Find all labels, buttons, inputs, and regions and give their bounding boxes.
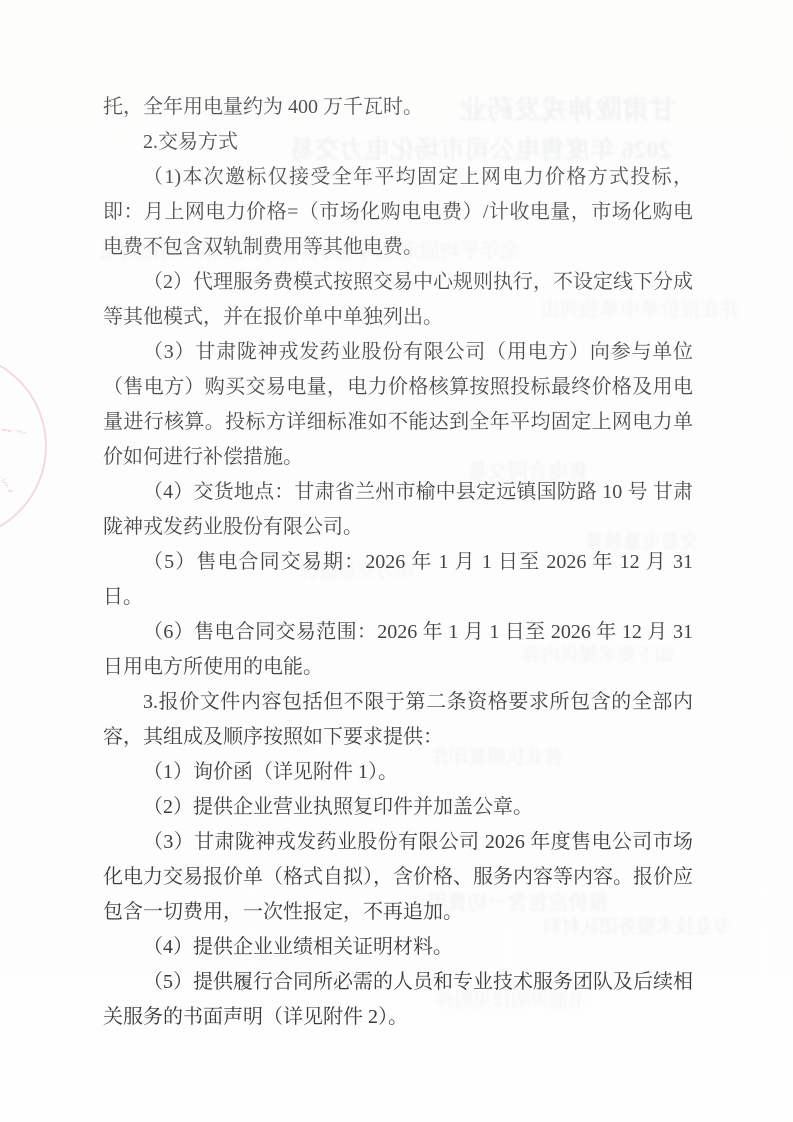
paragraph: 托，全年用电量约为 400 万千瓦时。 <box>103 90 693 125</box>
stamp-mark <box>0 476 1 478</box>
paragraph: 2.交易方式 <box>103 125 693 160</box>
stamp-mark <box>0 429 1 431</box>
paragraph: （5）提供履行合同所必需的人员和专业技术服务团队及后续相关服务的书面声明（详见附… <box>103 965 693 1035</box>
paragraph: （2）代理服务费模式按照交易中心规则执行，不设定线下分成等其他模式，并在报价单中… <box>103 265 693 335</box>
document-body: 托，全年用电量约为 400 万千瓦时。2.交易方式（1)本次邀标仅接受全年平均固… <box>103 90 693 1035</box>
stamp-mark <box>6 487 8 489</box>
scanned-document-page: 甘肃陇神戎发药业2026 年度售电公司市场化电力交易全年平均固定上网电力价格方式… <box>0 0 793 1122</box>
paragraph: （4）交货地点：甘肃省兰州市榆中县定远镇国防路 10 号 甘肃陇神戎发药业股份有… <box>103 475 693 545</box>
paragraph: 3.报价文件内容包括但不限于第二条资格要求所包含的全部内容，其组成及顺序按照如下… <box>103 685 693 755</box>
paragraph: （2）提供企业营业执照复印件并加盖公章。 <box>103 790 693 825</box>
paragraph: （1)本次邀标仅接受全年平均固定上网电力价格方式投标，即：月上网电力价格=（市场… <box>103 160 693 265</box>
paragraph: （6）售电合同交易范围：2026 年 1 月 1 日至 2026 年 12 月 … <box>103 615 693 685</box>
official-seal-stamp <box>0 352 47 540</box>
paragraph: （3）甘肃陇神戎发药业股份有限公司 2026 年度售电公司市场化电力交易报价单（… <box>103 825 693 930</box>
paragraph: （5）售电合同交易期：2026 年 1 月 1 日至 2026 年 12 月 3… <box>103 545 693 615</box>
paragraph: （1）询价函（详见附件 1）。 <box>103 755 693 790</box>
stamp-mark <box>11 430 13 431</box>
stamp-mark <box>24 432 26 434</box>
paragraph: （3）甘肃陇神戎发药业股份有限公司（用电方）向参与单位（售电方）购买交易电量，电… <box>103 335 693 475</box>
stamp-mark <box>8 490 13 493</box>
paragraph: （4）提供企业业绩相关证明材料。 <box>103 930 693 965</box>
